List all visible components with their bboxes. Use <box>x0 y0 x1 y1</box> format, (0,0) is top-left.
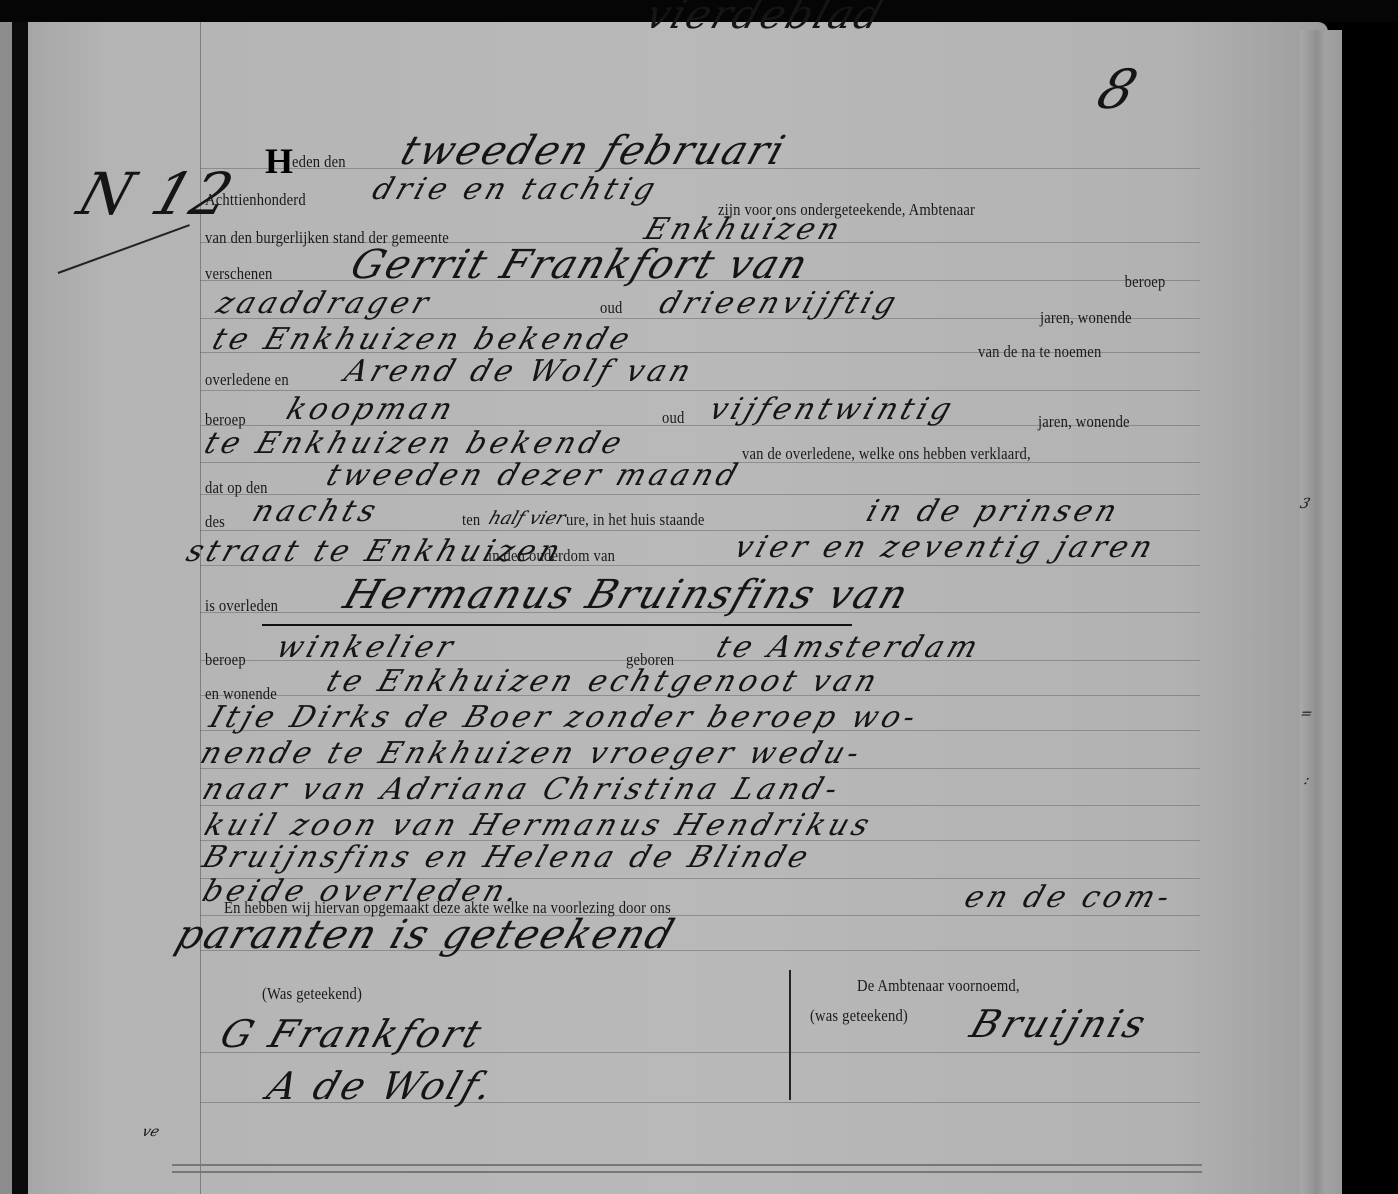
signature-informant-2: A de Wolf. <box>262 1064 501 1108</box>
handwritten-informant-1: Gerrit Frankfort van <box>345 242 815 288</box>
handwritten-residence: te Enkhuizen bekende <box>208 322 638 357</box>
ruled-line <box>200 390 1200 391</box>
handwritten-age: drieenvijftig <box>655 286 904 321</box>
handwritten-address: in de prinsen <box>862 494 1125 529</box>
print-text: Achttienhonderd <box>205 190 306 210</box>
print-text: des <box>205 512 225 532</box>
initial-letter: H <box>265 140 293 182</box>
handwritten-body-line: naar van Adriana Christina Land- <box>198 772 846 807</box>
previous-page-edge <box>0 22 12 1194</box>
closing-double-rule <box>172 1164 1202 1173</box>
name-underline <box>262 624 852 626</box>
right-signature-sublabel: (was geteekend) <box>810 1006 908 1026</box>
handwritten-body-line: kuil zoon van Hermanus Hendrikus <box>200 808 878 843</box>
handwritten-body-line: nende te Enkhuizen vroeger wedu- <box>196 736 868 771</box>
handwritten-occupation: koopman <box>282 392 461 427</box>
signature-official: Bruijnis <box>965 1002 1154 1046</box>
print-text: oud <box>662 408 684 428</box>
handwritten-body-line: Itje Dirks de Boer zonder beroep wo- <box>205 700 924 735</box>
handwritten-birthplace: te Amsterdam <box>712 630 986 665</box>
signature-informant-1: G Frankfort <box>215 1012 490 1056</box>
handwritten-time-of-day: nachts <box>248 494 384 529</box>
handwritten-residence-spouse: te Enkhuizen echtgenoot van <box>322 664 885 699</box>
print-text: eden den <box>292 152 346 172</box>
print-text: van de overledene, welke ons hebben verk… <box>742 444 1031 464</box>
handwritten-deceased-name: Hermanus Bruinsfins van <box>338 572 915 618</box>
print-text: jaren, wonende <box>1040 308 1132 328</box>
scan-right-border <box>1345 22 1398 1194</box>
print-text: in den ouderdom van <box>488 546 615 566</box>
print-text: ure, in het huis staande <box>566 510 705 530</box>
print-text: ten <box>462 510 480 530</box>
print-text: is overleden <box>205 596 278 616</box>
print-text: overledene en <box>205 370 289 390</box>
handwritten-closing: en de com- <box>960 880 1178 915</box>
page-stack-edge <box>1300 30 1342 1194</box>
handwritten-year: drie en tachtig <box>368 172 663 207</box>
print-text: jaren, wonende <box>1038 412 1130 432</box>
handwritten-occupation: zaaddrager <box>212 286 437 321</box>
header-annotation: vierdeblad <box>640 0 890 38</box>
handwritten-death-date: tweeden dezer maand <box>322 458 746 493</box>
handwritten-body-line: Bruijnsfins en Helena de Blinde <box>198 840 816 875</box>
handwritten-informant-2: Arend de Wolf van <box>340 354 699 389</box>
book-spine <box>12 22 28 1194</box>
right-signature-label: De Ambtenaar voornoemd, <box>857 976 1020 996</box>
handwritten-occupation: winkelier <box>272 630 461 665</box>
handwritten-residence: te Enkhuizen bekende <box>200 426 630 461</box>
print-text: verschenen <box>205 264 272 284</box>
left-signature-label: (Was geteekend) <box>262 984 362 1004</box>
handwritten-age: vijfentwintig <box>705 392 960 427</box>
handwritten-closing: paranten is geteekend <box>170 912 681 958</box>
handwritten-deceased-age: vier en zeventig jaren <box>730 530 1161 565</box>
handwritten-hour: half vier <box>486 508 568 529</box>
print-text: beroep <box>1125 272 1166 292</box>
handwritten-date: tweeden februari <box>395 128 792 174</box>
print-text: van de na te noemen <box>978 342 1101 362</box>
print-text: beroep <box>205 650 246 670</box>
signature-divider <box>789 970 791 1100</box>
print-text: oud <box>600 298 622 318</box>
